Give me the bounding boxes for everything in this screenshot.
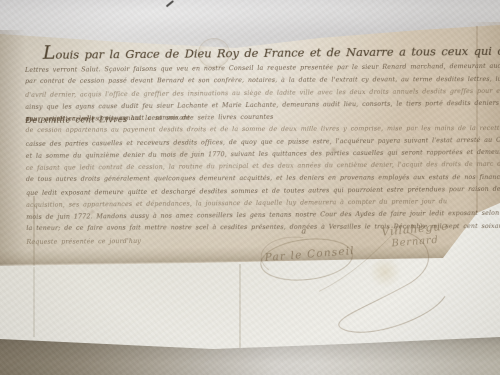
manuscript-ink-layer: Louis par la Grace de Dieu Roy de France…	[0, 0, 500, 375]
royal-intitulation-line: Louis par la Grace de Dieu Roy de France…	[43, 38, 500, 64]
margin-tick-mark	[166, 0, 174, 7]
signature-annotation: a	[301, 227, 306, 236]
signature-flourish	[248, 190, 479, 342]
photo-of-manuscript: Louis par la Grace de Dieu Roy de France…	[0, 0, 500, 375]
